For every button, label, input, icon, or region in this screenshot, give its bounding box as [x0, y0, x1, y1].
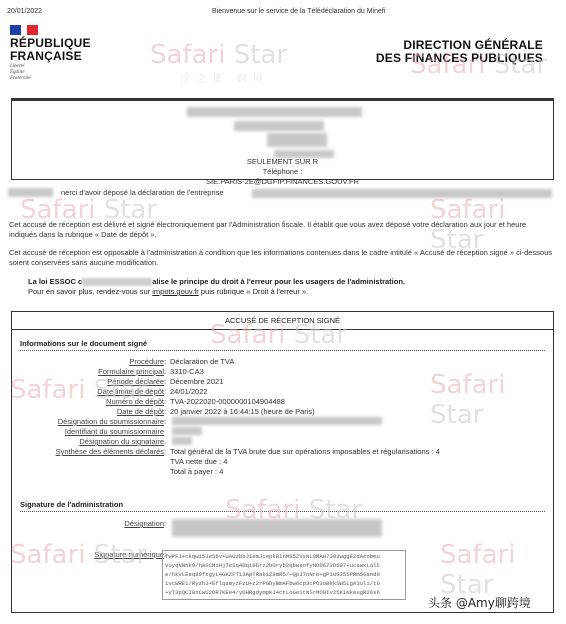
- signed-receipt-box: ACCUSÉ DE RÉCEPTION SIGNÉ Informations s…: [11, 311, 554, 613]
- print-date: 20/01/2022: [7, 8, 42, 15]
- field-value: 24/01/2022: [170, 387, 208, 396]
- more-info: Pour en savoir plus, rendez-vous sur imp…: [28, 287, 308, 297]
- field-label: Désignation du soumissionnaire: [58, 417, 164, 426]
- watermark-sub: 沙之星 跨境: [180, 70, 269, 85]
- field-value: Total général de la TVA brute due sur op…: [170, 447, 440, 456]
- colon: :: [164, 397, 166, 406]
- field-value: Décembre 2021: [170, 377, 223, 386]
- thanks-text: nerci d'avoir déposé la déclaration de l…: [61, 188, 224, 198]
- field-label: Identifiant du soumissionnaire: [65, 427, 164, 436]
- dgfip-title: DIRECTION GÉNÉRALE DES FINANCES PUBLIQUE…: [376, 39, 543, 65]
- field-value: TVA-2022020-0000000104904488: [170, 397, 285, 406]
- contact-box: SEULEMENT SUR R Téléphone : SIE.PARIS-2E…: [11, 98, 554, 180]
- field-label: Procédure: [129, 357, 164, 366]
- field-label: Formulaire principal: [98, 367, 164, 376]
- contact-email: SIE.PARIS-2E@DGFIP.FINANCES.GOUV.FR: [12, 177, 553, 187]
- field-label: Date de dépôt: [117, 407, 164, 416]
- republic-line2: FRANÇAISE: [10, 50, 91, 63]
- colon: :: [164, 377, 166, 386]
- redacted-block: [172, 427, 202, 435]
- field-value: 3310-CA3: [170, 367, 204, 376]
- redacted-block: [267, 133, 327, 147]
- watermark: Safari Star: [150, 40, 287, 70]
- colon: :: [164, 447, 166, 456]
- colon: :: [164, 407, 166, 416]
- redacted-block: [8, 188, 53, 197]
- colon: :: [164, 519, 166, 528]
- field-label: Désignation: [124, 519, 164, 528]
- source-credit: 头条 @Amy聊跨境: [428, 594, 531, 611]
- page-header-title: Bienvenue sur le service de la Télédécla…: [212, 8, 385, 15]
- field-label: Numéro de dépôt: [106, 397, 164, 406]
- redacted-block: [252, 189, 552, 198]
- redacted-block: [172, 437, 192, 445]
- redacted-block: [234, 121, 324, 131]
- redacted-block: [172, 519, 382, 537]
- field-label: Période déclarée: [107, 377, 164, 386]
- watermark-brand: Safari: [150, 40, 225, 70]
- redacted-block: [82, 278, 152, 286]
- colon: :: [164, 417, 166, 426]
- republic-motto: Liberté Égalité Fraternité: [10, 64, 31, 82]
- contact-info: SEULEMENT SUR R Téléphone : SIE.PARIS-2E…: [12, 157, 553, 187]
- tva-nette-due: TVA nette due : 4: [170, 457, 227, 466]
- field-label: Signature numérique: [94, 550, 164, 559]
- impots-gouv-link[interactable]: impots.gouv.fr: [152, 287, 199, 296]
- essoc-end: alise le principe du droit à l'erreur po…: [152, 277, 405, 286]
- field-label: Désignation du signataire: [79, 437, 164, 446]
- dgfip-line2: DES FINANCES PUBLIQUES: [376, 52, 543, 65]
- more-prefix: Pour en savoir plus, rendez-vous sur: [28, 287, 152, 296]
- republique-francaise-logo: RÉPUBLIQUE FRANÇAISE: [10, 37, 91, 63]
- essoc-start: La loi ESSOC c: [28, 277, 82, 286]
- motto-fraternite: Fraternité: [10, 76, 31, 82]
- colon: :: [164, 387, 166, 396]
- contact-line1: SEULEMENT SUR R: [12, 157, 553, 167]
- watermark-brand: Star: [234, 40, 287, 70]
- receipt-title: ACCUSÉ DE RÉCEPTION SIGNÉ: [12, 312, 553, 330]
- essoc-notice: La loi ESSOC calise le principe du droit…: [28, 277, 405, 287]
- field-value: Déclaration de TVA: [170, 357, 234, 366]
- colon: :: [164, 367, 166, 376]
- doc-info-section-title: Informations sur le document signé: [20, 339, 545, 351]
- total-a-payer: Total à payer : 4: [170, 467, 223, 476]
- colon: .: [164, 437, 166, 446]
- intro-paragraph-2: Cet accusé de réception est opposable à …: [9, 248, 554, 268]
- redacted-block: [172, 417, 382, 425]
- digital-signature-value: fwPF1+ckqw15Je5bv+UAUzbbJ1emJcepkBInM85Z…: [162, 550, 406, 600]
- field-label: Synthèse des éléments déclarés: [56, 447, 164, 456]
- contact-phone: Téléphone :: [12, 167, 553, 177]
- signature-section-title: Signature de l'administration: [20, 500, 545, 512]
- colon: :: [164, 357, 166, 366]
- field-value: 20 janvier 2022 à 16:44:15 (heure de Par…: [170, 407, 315, 416]
- french-flag-icon: [10, 25, 38, 35]
- redacted-block: [187, 107, 362, 117]
- field-label: Date limite de dépôt: [97, 387, 164, 396]
- intro-paragraph-1: Cet accusé de réception est délivré et s…: [9, 220, 554, 240]
- more-suffix: puis rubrique « Droit à l'erreur ».: [199, 287, 308, 296]
